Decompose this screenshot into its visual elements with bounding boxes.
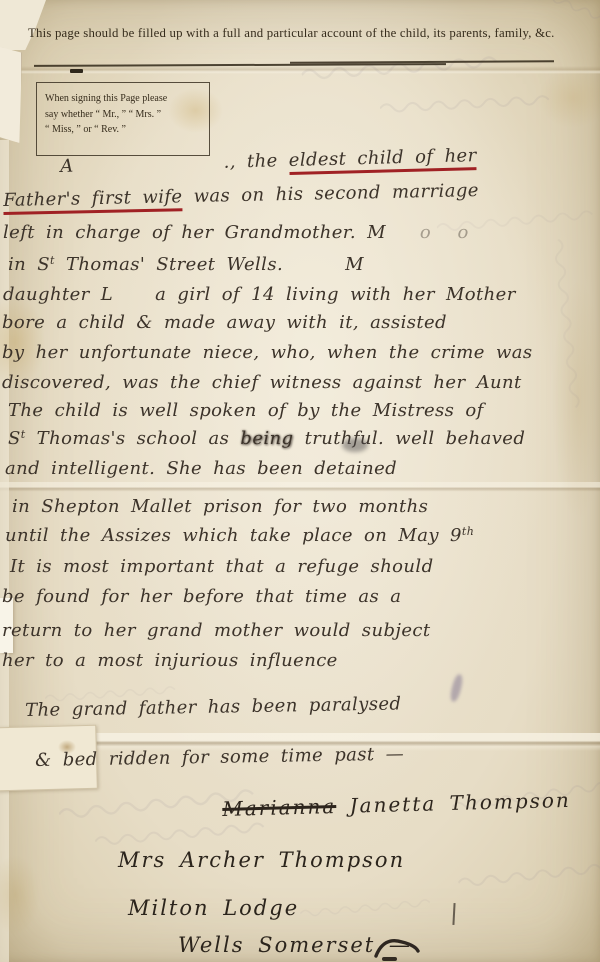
letter-body: A., the eldest child of herFather's firs… — [0, 0, 600, 962]
letter-page: This page should be filled up with a ful… — [0, 0, 600, 962]
handwriting-line: St Thomas's school as being truthful. we… — [8, 428, 525, 449]
handwriting-line: It is most important that a refuge shoul… — [10, 556, 434, 577]
handwriting-line: be found for her before that time as a — [2, 586, 401, 607]
pen-mark — [374, 934, 420, 960]
handwriting-line: bore a child & made away with it, assist… — [2, 312, 447, 333]
handwriting-line: The grand father has been paralysed — [25, 693, 402, 721]
handwriting-line: left in charge of her Grandmother. Mo o — [3, 222, 476, 243]
signature: Marianna Janetta Thompson — [222, 788, 571, 821]
handwriting-line: & bed ridden for some time past — — [35, 744, 404, 771]
handwriting-line: Father's first wife was on his second ma… — [3, 180, 479, 211]
ink-smudge — [342, 438, 368, 452]
handwriting-line: by her unfortunate niece, who, when the … — [2, 342, 533, 363]
handwriting-line: return to her grand mother would subject — [2, 620, 431, 641]
handwriting-line: A., the eldest child of her — [60, 145, 477, 177]
handwriting-line: and intelligent. She has been detained — [5, 458, 397, 479]
handwriting-line: until the Assizes which take place on Ma… — [5, 525, 474, 546]
address-line: Milton Lodge — [128, 896, 299, 920]
address-line: Mrs Archer Thompson — [118, 848, 405, 872]
handwriting-line: discovered, was the chief witness agains… — [2, 372, 522, 393]
handwriting-line: daughter La girl of 14 living with her M… — [3, 284, 516, 305]
handwriting-line: her to a most injurious influence — [2, 650, 338, 671]
handwriting-line: The child is well spoken of by the Mistr… — [8, 400, 484, 421]
handwriting-line: in Shepton Mallet prison for two months — [12, 496, 428, 517]
handwriting-line: in St Thomas' Street Wells.M — [8, 254, 364, 275]
